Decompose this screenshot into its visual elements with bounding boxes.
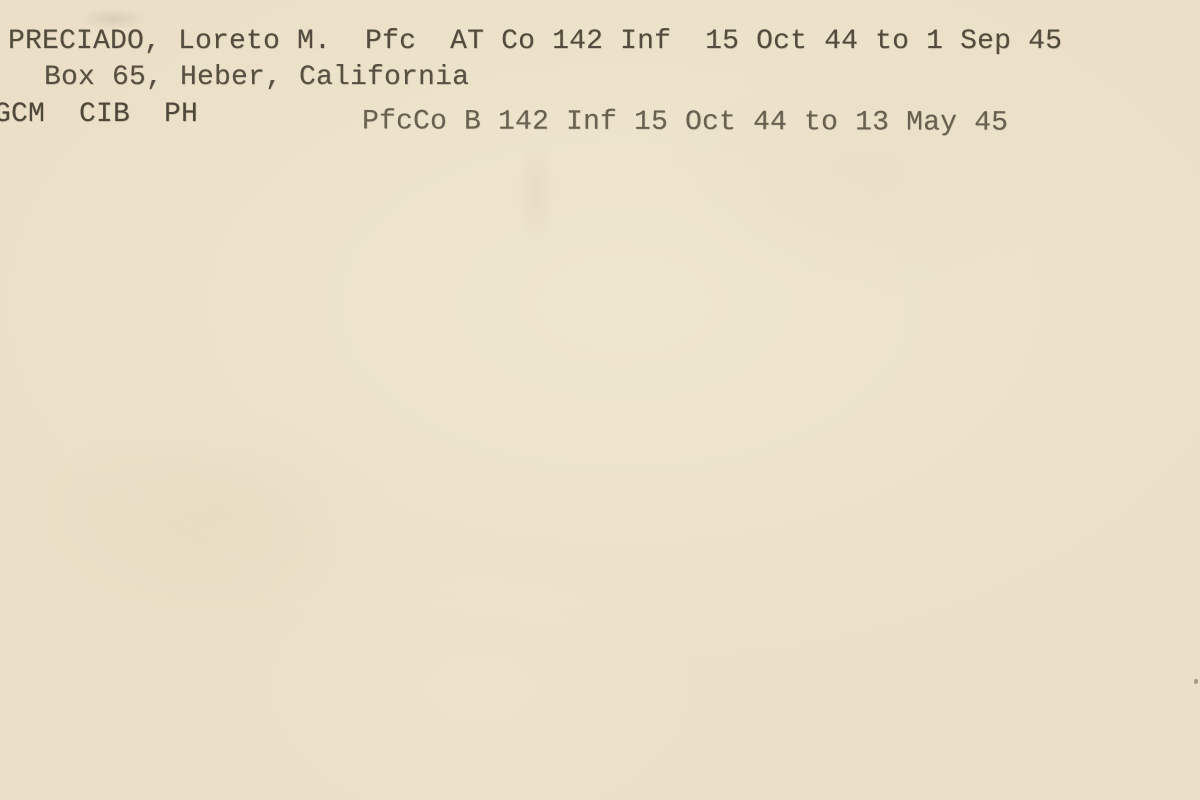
- decorations-line: GCM CIB PH: [0, 98, 198, 132]
- paper-smudge: [516, 140, 556, 250]
- soldier-name-line: PRECIADO, Loreto M. Pfc AT Co 142 Inf 15…: [8, 25, 1062, 59]
- second-service-line: PfcCo B 142 Inf 15 Oct 44 to 13 May 45: [362, 105, 1008, 140]
- paper-speck: [1194, 679, 1198, 684]
- address-line: Box 65, Heber, California: [44, 61, 469, 95]
- service-record-card: PRECIADO, Loreto M. Pfc AT Co 142 Inf 15…: [0, 0, 1200, 800]
